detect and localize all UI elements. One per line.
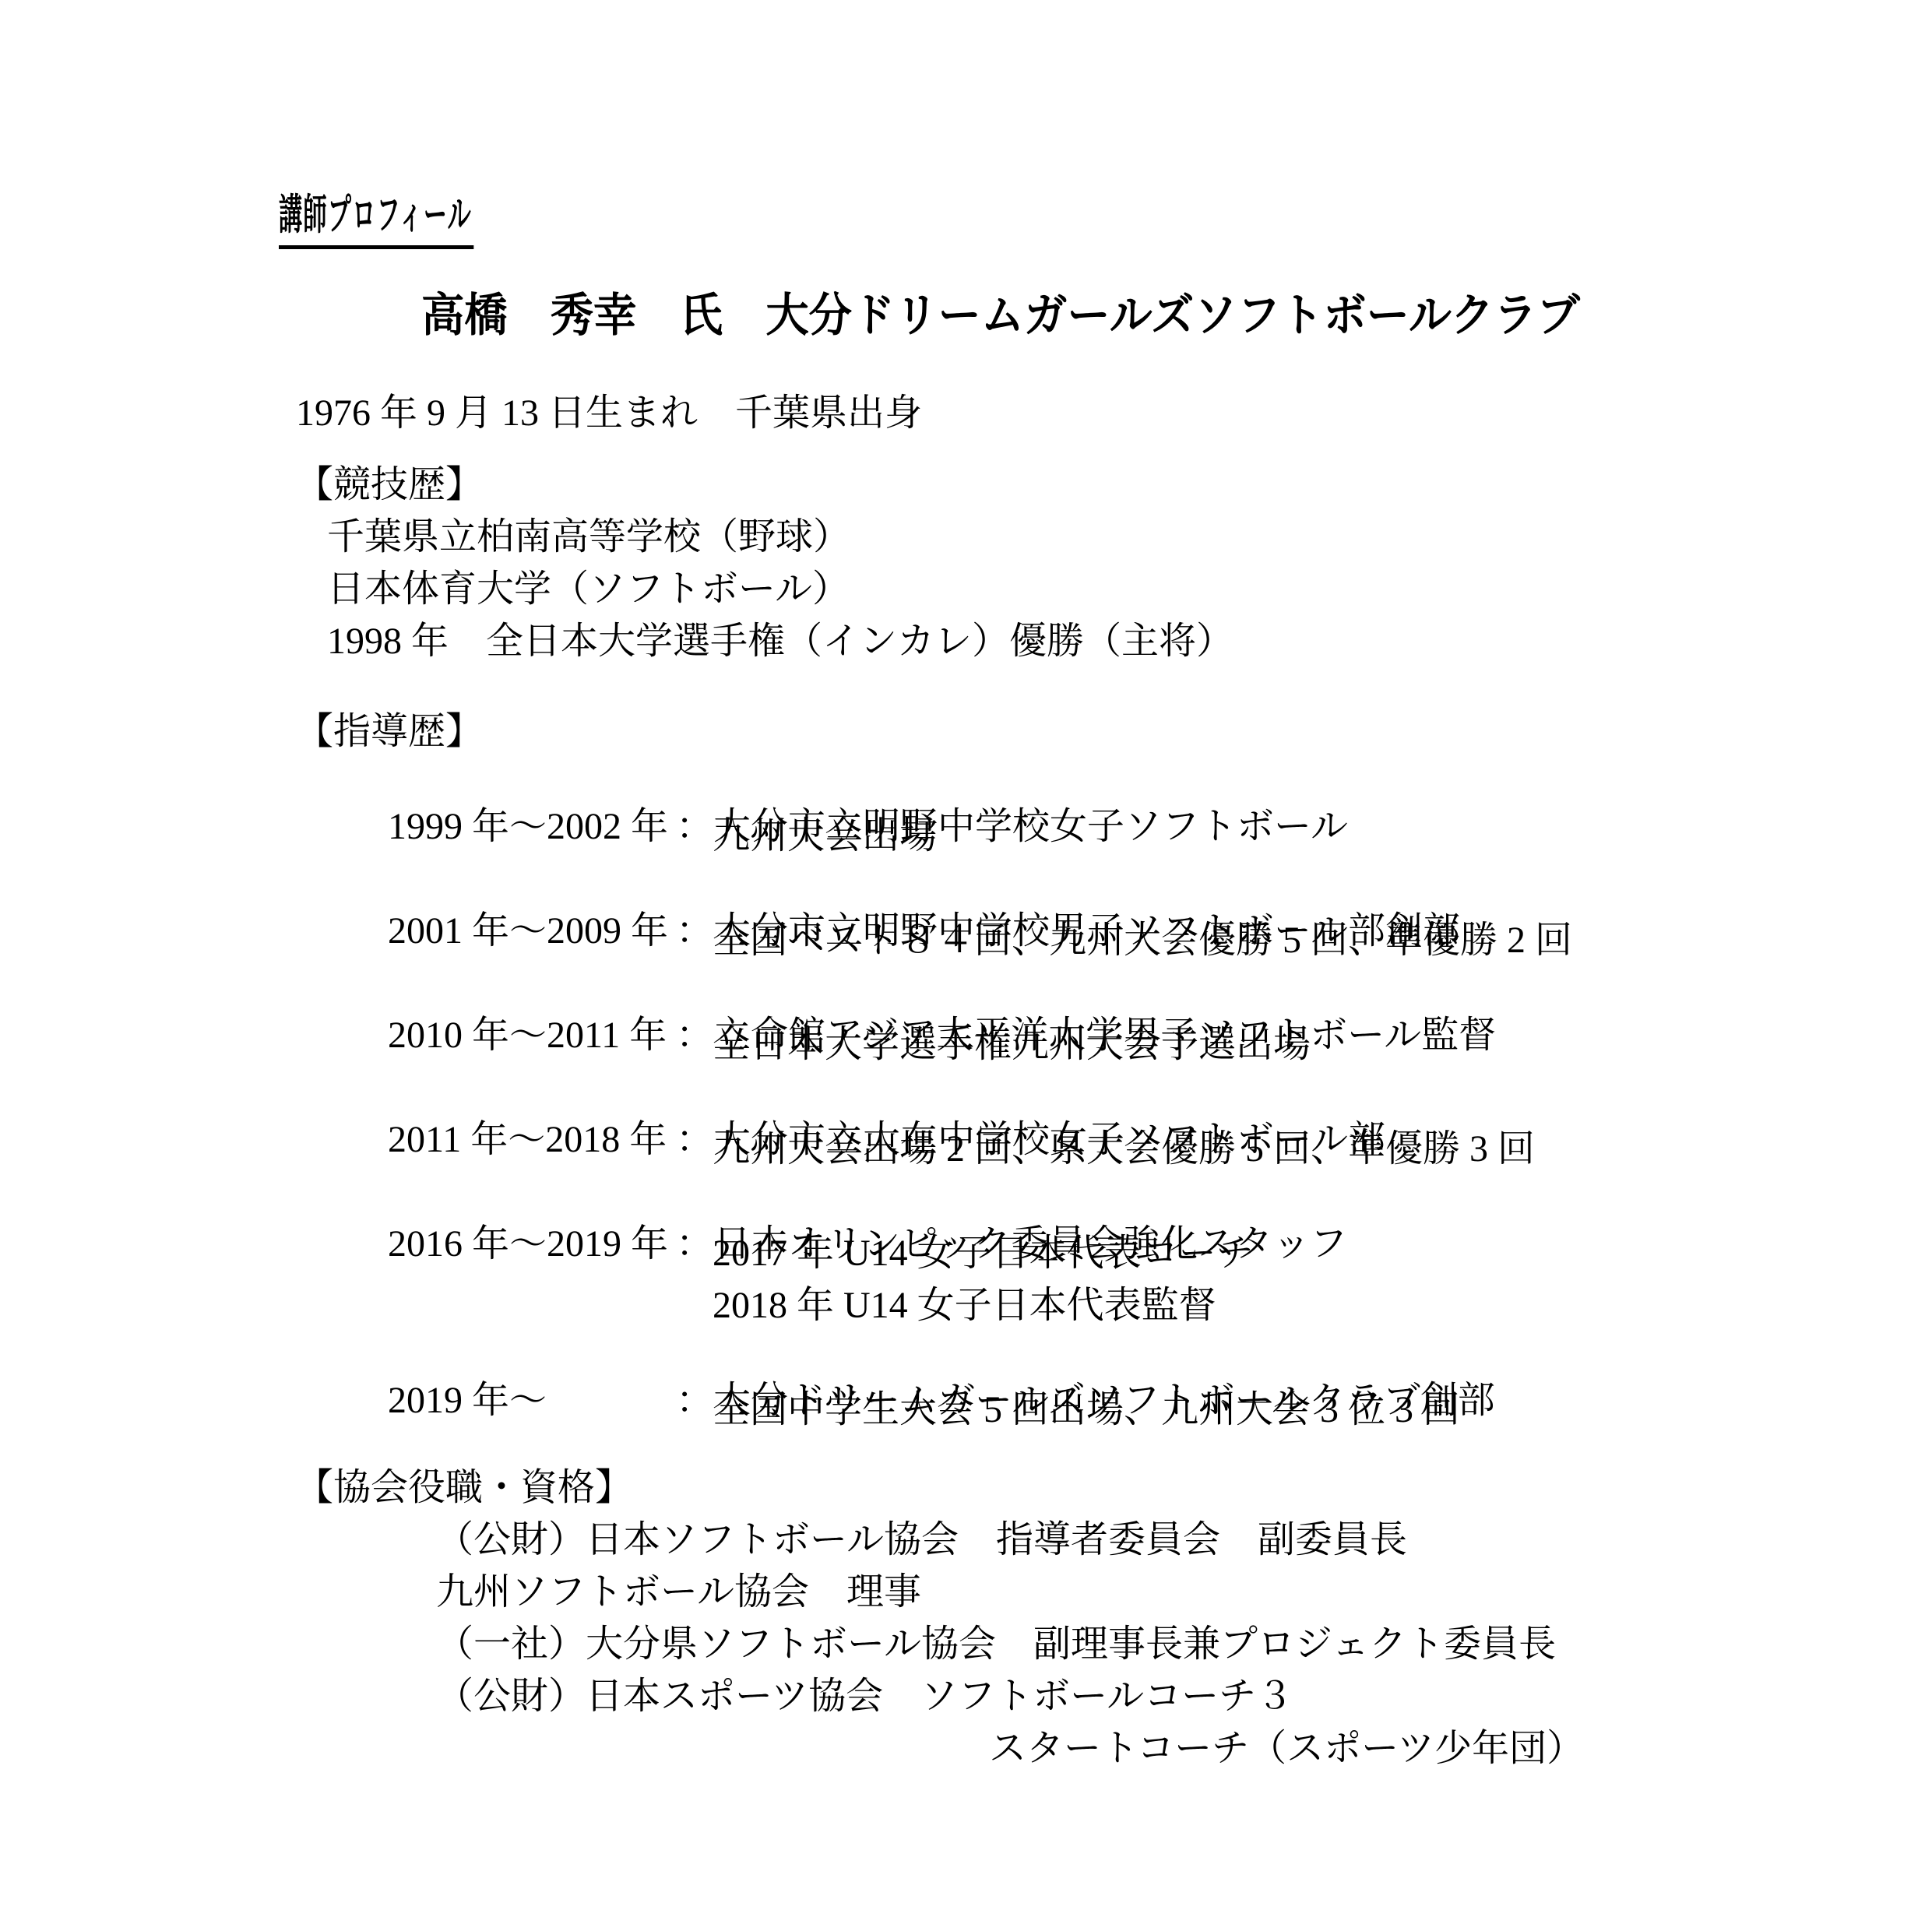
qualification-line: 九州ソフトボール協会 理事 xyxy=(436,1571,921,1613)
coaching-achievement: 2018 年 U14 女子日本代表監督 xyxy=(713,1284,1216,1327)
lecturer-heading-text: 高橋 秀幸 氏 大分ドリームガールズソフトボールクラブ xyxy=(421,290,1580,343)
coaching-entry-colon: ： xyxy=(676,1223,713,1265)
section-header-qualifications: 【協会役職・資格】 xyxy=(296,1466,632,1509)
coaching-entry-colon: ： xyxy=(676,1015,713,1056)
birth-line: 1976 年 9 月 13 日生まれ 千葉県出身 xyxy=(296,392,922,434)
coaching-entry-period: 2019 年～ xyxy=(388,1379,676,1422)
coaching-achievement: 全日本大学選手権九州大会予選出場 xyxy=(713,1023,1311,1066)
qualification-line-indented: スタートコーチ（スポーツ少年団） xyxy=(989,1727,1584,1770)
coaching-entry-colon: ： xyxy=(676,1380,713,1421)
coaching-achievement: 全国中学生大会 5 回出場、九州大会 3 位 3 回 xyxy=(713,1388,1460,1431)
section-header-coaching: 【指導歴】 xyxy=(296,710,483,753)
section-header-competition: 【競技歴】 xyxy=(296,463,483,506)
coaching-achievement: 2017 年 U14 女子日本代表コーチ xyxy=(713,1232,1254,1275)
competition-line: 千葉県立柏南高等学校（野球） xyxy=(327,515,850,558)
coaching-achievement: 全国ベスト８４回、九州大会優勝 5 回、準優勝 2 回 xyxy=(713,919,1572,962)
coaching-entry-period: 2001 年～2009 年 xyxy=(388,909,676,952)
coaching-achievement: 九州大会出場 2 回、県大会優勝 5 回、準優勝 3 回 xyxy=(713,1127,1535,1170)
document-page: 講師プロフィール 高橋 秀幸 氏 大分ドリームガールズソフトボールクラブ 197… xyxy=(0,0,1932,1910)
coaching-entry-colon: ： xyxy=(676,910,713,951)
competition-line: 1998 年 全日本大学選手権（インカレ）優勝（主将） xyxy=(327,620,1233,663)
coaching-entry-colon: ： xyxy=(676,806,713,847)
coaching-entry-colon: ： xyxy=(676,1119,713,1160)
competition-line: 日本体育大学（ソフトボール） xyxy=(327,568,850,610)
lecturer-heading: 高橋 秀幸 氏 大分ドリームガールズソフトボールクラブ xyxy=(372,238,1616,392)
coaching-entry-period: 2016 年～2019 年 xyxy=(388,1222,676,1265)
coaching-entry-period: 1999 年～2002 年 xyxy=(388,805,676,848)
coaching-entry-period: 2010 年～2011 年 xyxy=(388,1014,676,1057)
qualification-line: （公財）日本スポーツ協会 ソフトボールコーチ３ xyxy=(436,1675,1293,1718)
coaching-achievement: 九州大会出場 xyxy=(713,814,937,857)
qualification-line: （一社）大分県ソフトボール協会 副理事長兼プロジェクト委員長 xyxy=(436,1623,1556,1666)
qualification-line: （公財）日本ソフトボール協会 指導者委員会 副委員長 xyxy=(436,1518,1407,1561)
coaching-entry-period: 2011 年～2018 年 xyxy=(388,1118,676,1161)
